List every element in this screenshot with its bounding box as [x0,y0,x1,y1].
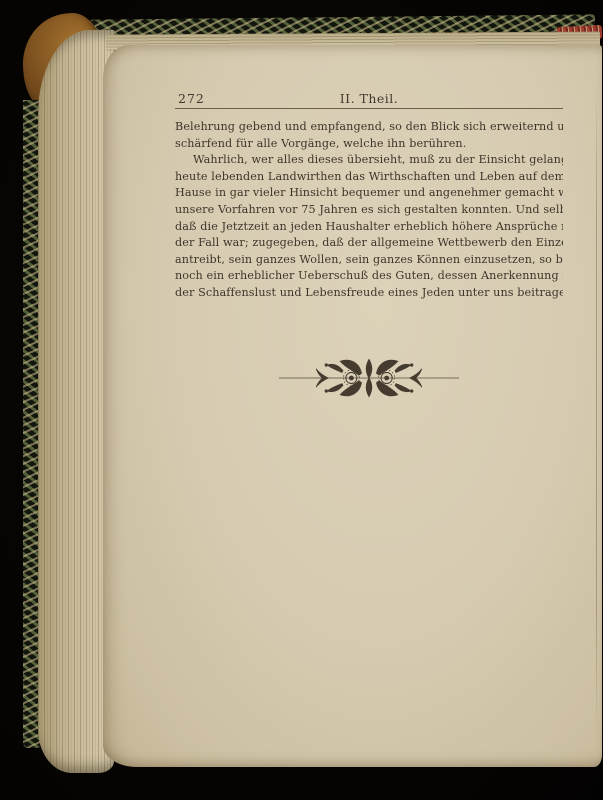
body-text: Belehrung gebend und empfangend, so den … [175,119,563,302]
book-photo-scan: 272 II. Theil. Belehrung gebend und empf… [0,0,603,800]
printed-area: 272 II. Theil. Belehrung gebend und empf… [103,45,602,404]
floral-tailpiece-icon [276,352,462,404]
book-page: 272 II. Theil. Belehrung gebend und empf… [103,45,602,767]
text-line: schärfend für alle Vorgänge, welche ihn … [175,136,563,153]
text-line: der Fall war; zugegeben, daß der allgeme… [175,235,563,252]
text-line: unsere Vorfahren vor 75 Jahren es sich g… [175,202,563,219]
text-line: Belehrung gebend und empfangend, so den … [175,119,563,136]
text-line: daß die Jetztzeit an jeden Haushalter er… [175,219,563,236]
text-line: antreibt, sein ganzes Wollen, sein ganze… [175,252,563,269]
text-line: Hause in gar vieler Hinsicht bequemer un… [175,185,563,202]
text-line: heute lebenden Landwirthen das Wirthscha… [175,169,563,186]
text-line: Wahrlich, wer alles dieses übersieht, mu… [175,152,563,169]
text-line: der Schaffenslust und Lebensfreude eines… [175,285,563,302]
text-line: noch ein erheblicher Ueberschuß des Gute… [175,268,563,285]
tailpiece-ornament [175,352,563,404]
running-head: II. Theil. [175,91,563,106]
page-header: 272 II. Theil. [175,91,563,109]
